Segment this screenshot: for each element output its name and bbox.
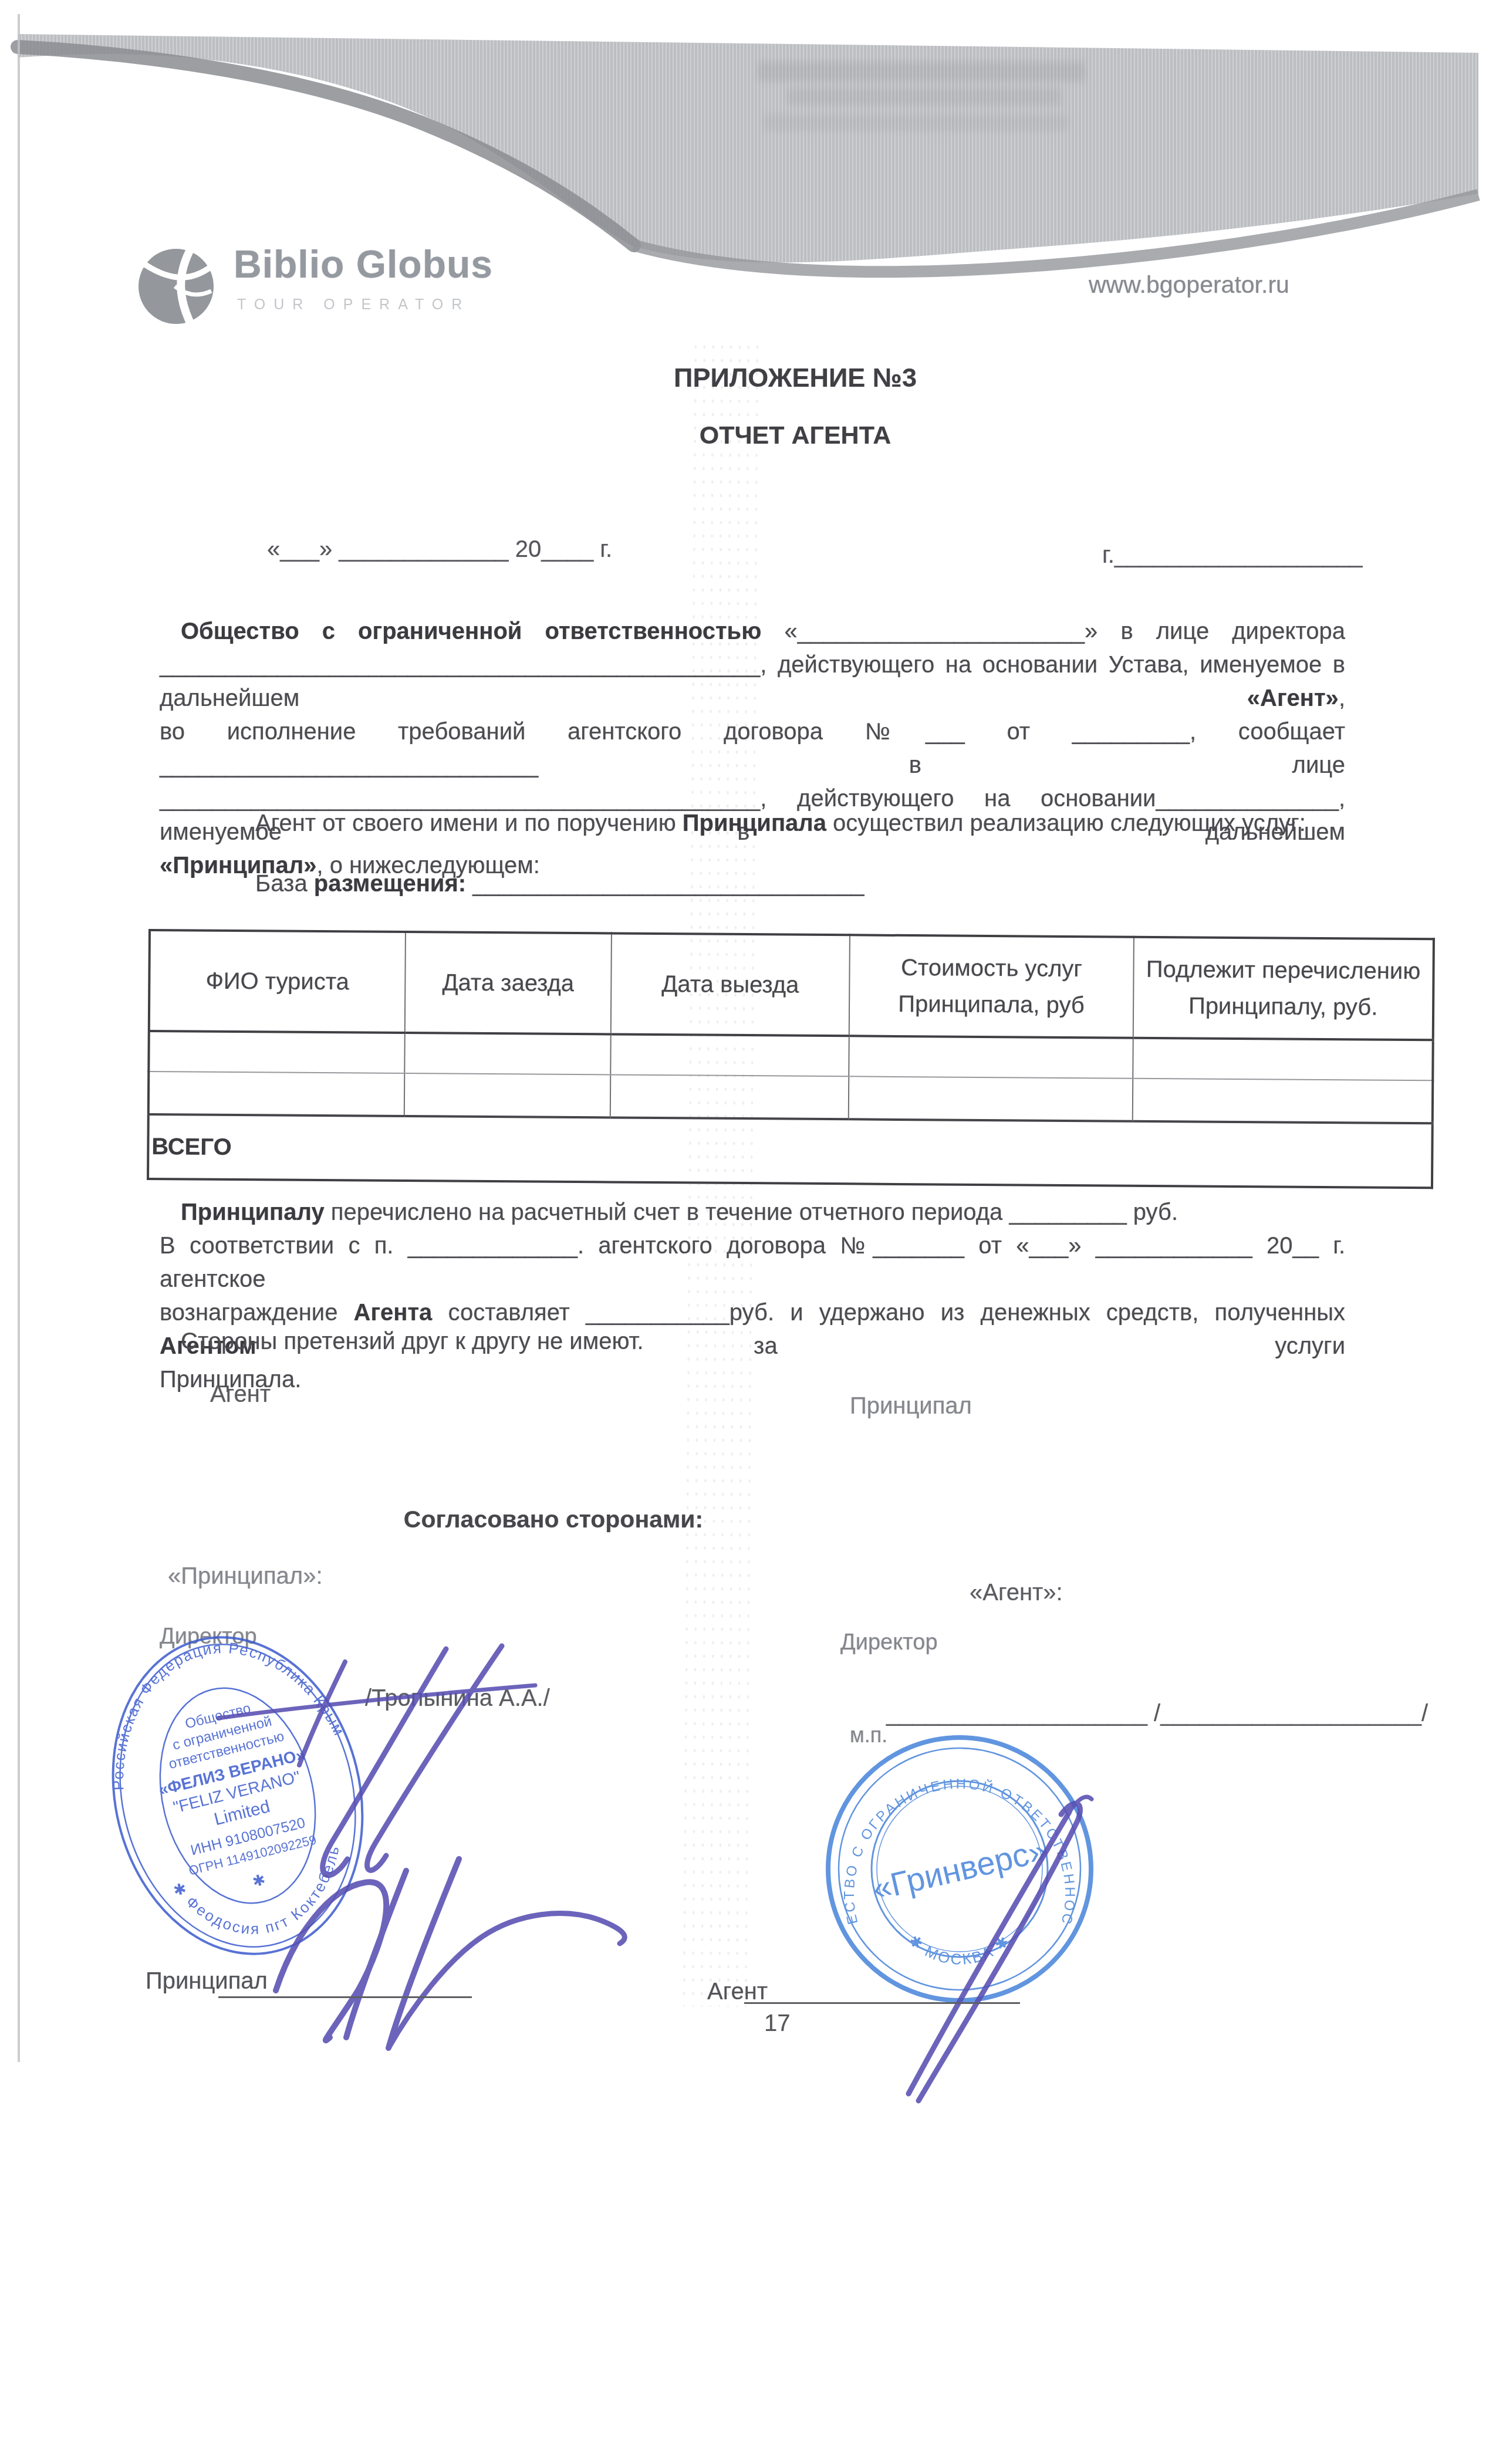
grinvers-center-text: «Гринверс» [869,1831,1051,1907]
website-link[interactable]: www.bgoperator.ru [1089,271,1382,299]
tourists-table: ФИО туриста Дата заезда Дата выезда Стои… [147,929,1435,1189]
col-header-principal-cost: Стоимость услуг Принципала, руб [849,935,1134,1037]
date-blank-left: «___» _____________ 20____ г. [267,533,612,566]
settlement-paragraphs: Принципалу перечислено на расчетный счет… [160,1196,1345,1397]
intro-line: во исполнение требований агентского дого… [160,715,1345,782]
principal-party-label: «Принципал»: [168,1560,323,1593]
agent-director-label: Директор [840,1630,938,1655]
table-cell [1133,1079,1433,1124]
principal-signatory-name: /Тропынина А.А./ [365,1682,550,1715]
bottom-principal-signature-line [218,1996,472,1998]
total-label: ВСЕГО [148,1114,1433,1188]
no-claims-line: Стороны претензий друг к другу не имеют. [160,1325,1345,1358]
scanned-document-page: Biblio Globus TOUR OPERATOR www.bgoperat… [0,0,1496,2464]
col-header-checkin-date: Дата заезда [404,932,612,1034]
table-cell [611,1035,849,1077]
grinvers-moscow-text: ✱ МОСКВА ✱ [906,1931,1014,1968]
table-cell [148,1072,404,1116]
table-cell [404,1073,610,1117]
svg-text:✱ МОСКВА ✱: ✱ МОСКВА ✱ [906,1931,1014,1968]
transferred-amount-line: Принципалу перечислено на расчетный счет… [160,1196,1345,1229]
report-title: ОТЧЕТ АГЕНТА [502,421,1089,450]
table-cell [849,1076,1133,1121]
table-cell [610,1075,849,1120]
city-blank-right: г.___________________ [1102,539,1363,572]
col-header-checkout-date: Дата выезда [611,934,850,1036]
logo-tagline: TOUR OPERATOR [237,296,470,313]
page-number: 17 [764,2007,791,2040]
principal-label: Принципал [850,1390,972,1423]
table-header-row: ФИО туриста Дата заезда Дата выезда Стои… [149,930,1434,1040]
principal-signature-stroke [389,1859,459,2048]
agency-fee-line: Принципала. [160,1363,1345,1397]
agent-signature-blank: ____________________ /__________________… [886,1697,1428,1730]
grinvers-ring-text: ОБЩЕСТВО С ОГРАНИЧЕННОЙ ОТВЕТСТВЕННОСТЬЮ [822,1731,1078,1927]
col-header-transfer-due: Подлежит перечислению Принципалу, руб. [1133,937,1434,1040]
intro-line: ________________________________________… [160,648,1345,715]
table-total-row: ВСЕГО [148,1114,1433,1188]
scan-edge-line [18,14,20,2062]
intro-paragraph: Общество с ограниченной ответственностью… [160,615,1345,883]
table-cell [849,1036,1133,1078]
table-cell [404,1033,611,1074]
col-header-tourist-name: ФИО туриста [149,930,406,1033]
agency-fee-line: В соответствии с п. _____________. агент… [160,1229,1345,1296]
accommodation-base-line: База размещения: _______________________… [255,867,864,901]
biblio-globus-logo-icon [134,239,225,336]
grinvers-stamp: ОБЩЕСТВО С ОГРАНИЧЕННОЙ ОТВЕТСТВЕННОСТЬЮ… [822,1731,1097,2007]
table-cell [1133,1038,1433,1081]
principal-signature-stroke [389,1914,624,2048]
agent-party-label: «Агент»: [970,1576,1063,1610]
feliz-verano-stamp: Российская Федерация Республика Крым ✱ Ф… [69,1598,407,1993]
services-line: Агент от своего имени и по поручению При… [255,807,1306,840]
bottom-agent-signature-line [744,2002,1020,2004]
intro-line: Общество с ограниченной ответственностью… [160,615,1345,648]
appendix-title: ПРИЛОЖЕНИЕ №3 [502,363,1089,393]
principal-director-signature-stroke [367,1646,502,1870]
agreed-by-parties-title: Согласовано сторонами: [260,1506,847,1533]
logo-text: Biblio Globus [234,242,493,286]
agent-label: Агент [210,1378,271,1411]
table-cell [148,1031,404,1073]
bottom-principal-label: Принципал [146,1965,268,1998]
feliz-star-glyph: ✱ [251,1870,267,1890]
svg-text:ОБЩЕСТВО С ОГРАНИЧЕННОЙ ОТВЕТС: ОБЩЕСТВО С ОГРАНИЧЕННОЙ ОТВЕТСТВЕННОСТЬЮ [822,1731,1078,1927]
